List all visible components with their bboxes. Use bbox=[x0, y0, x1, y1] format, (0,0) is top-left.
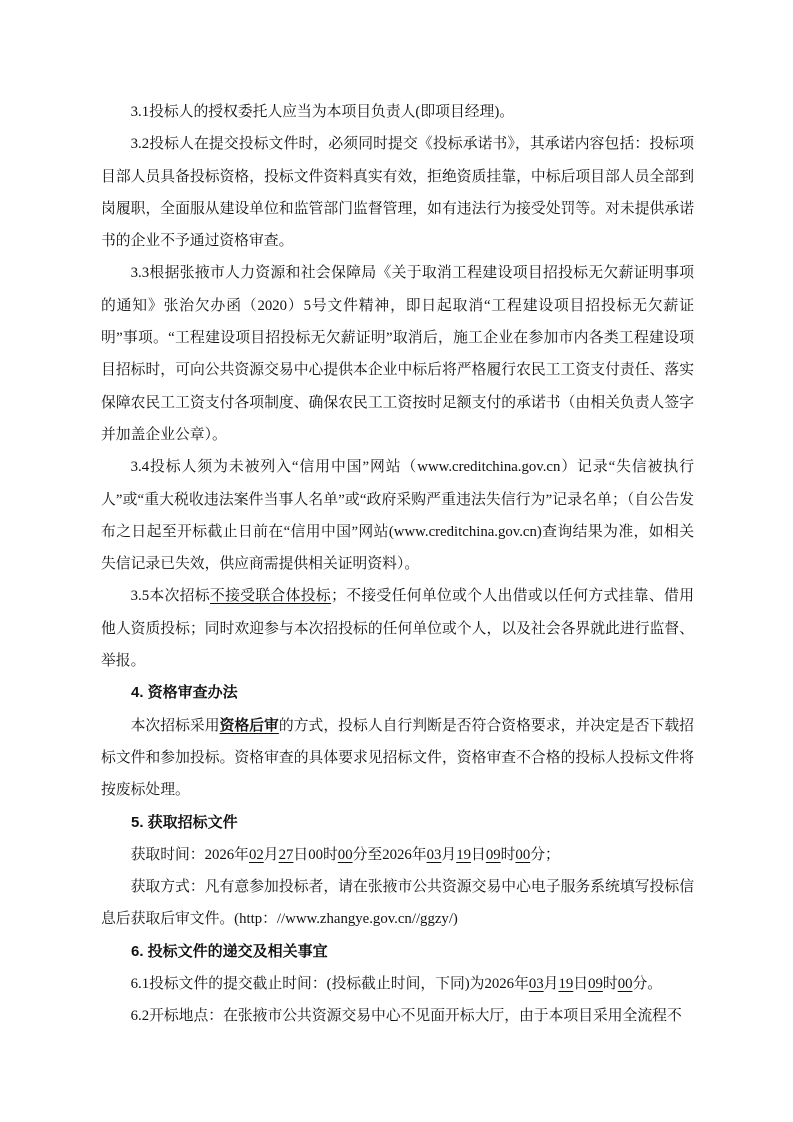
emphasis-run: 资格后审 bbox=[220, 718, 279, 734]
emphasis-run: 09 bbox=[486, 847, 501, 863]
clause-3-2: 3.2投标人在提交投标文件时，必须同时提交《投标承诺书》，其承诺内容包括：投标项… bbox=[101, 128, 694, 257]
document-page: 3.1投标人的授权委托人应当为本项目负责人(即项目经理)。3.2投标人在提交投标… bbox=[0, 0, 793, 1122]
text-run: 日 bbox=[573, 976, 588, 992]
emphasis-run: 19 bbox=[456, 847, 471, 863]
text-run: 日00时 bbox=[293, 847, 337, 863]
emphasis-run: 09 bbox=[588, 976, 603, 992]
text-run: 分至2026年 bbox=[353, 847, 427, 863]
emphasis-run: 00 bbox=[618, 976, 633, 992]
clause-3-5: 3.5本次招标不接受联合体投标；不接受任何单位或个人出借或以任何方式挂靠、借用他… bbox=[101, 580, 694, 677]
text-run: 3.2投标人在提交投标文件时，必须同时提交《投标承诺书》，其承诺内容包括：投标项… bbox=[101, 136, 694, 249]
emphasis-run: 27 bbox=[279, 847, 294, 863]
text-run: 本次招标采用 bbox=[131, 718, 220, 734]
text-run: 3.4投标人须为未被列入“信用中国”网站（www.creditchina.gov… bbox=[101, 459, 694, 572]
text-run: 分。 bbox=[633, 976, 663, 992]
text-run: 月 bbox=[544, 976, 559, 992]
text-run: 6.2开标地点：在张掖市公共资源交易中心不见面开标大厅，由于本项目采用全流程不 bbox=[131, 1008, 682, 1024]
text-run: 时 bbox=[603, 976, 618, 992]
section-4-heading: 4. 资格审查办法 bbox=[101, 677, 694, 709]
emphasis-run: 03 bbox=[427, 847, 442, 863]
emphasis-run: 00 bbox=[338, 847, 353, 863]
text-run: 3.3根据张掖市人力资源和社会保障局《关于取消工程建设项目招投标无欠薪证明事项的… bbox=[101, 265, 694, 442]
clause-3-3: 3.3根据张掖市人力资源和社会保障局《关于取消工程建设项目招投标无欠薪证明事项的… bbox=[101, 257, 694, 451]
emphasis-run: 00 bbox=[515, 847, 530, 863]
section-6-heading: 6. 投标文件的递交及相关事宜 bbox=[101, 936, 694, 968]
emphasis-run: 不接受联合体投标 bbox=[210, 588, 331, 604]
section-5-heading: 5. 获取招标文件 bbox=[101, 807, 694, 839]
text-run: 时 bbox=[501, 847, 516, 863]
text-run: 获取时间：2026年 bbox=[131, 847, 249, 863]
clause-5-obtain-method: 获取方式：凡有意参加投标者，请在张掖市公共资源交易中心电子服务系统填写投标信息后… bbox=[101, 871, 694, 936]
text-run: 月 bbox=[264, 847, 279, 863]
clause-3-1: 3.1投标人的授权委托人应当为本项目负责人(即项目经理)。 bbox=[101, 96, 694, 128]
emphasis-run: 03 bbox=[529, 976, 544, 992]
text-run: 3.1投标人的授权委托人应当为本项目负责人(即项目经理)。 bbox=[131, 104, 514, 120]
text-run: 获取方式：凡有意参加投标者，请在张掖市公共资源交易中心电子服务系统填写投标信息后… bbox=[101, 879, 694, 927]
text-run: 分； bbox=[530, 847, 560, 863]
emphasis-run: 02 bbox=[249, 847, 264, 863]
clause-6-2: 6.2开标地点：在张掖市公共资源交易中心不见面开标大厅，由于本项目采用全流程不 bbox=[101, 1000, 694, 1032]
emphasis-run: 19 bbox=[558, 976, 573, 992]
clause-3-4: 3.4投标人须为未被列入“信用中国”网站（www.creditchina.gov… bbox=[101, 451, 694, 580]
document-body: 3.1投标人的授权委托人应当为本项目负责人(即项目经理)。3.2投标人在提交投标… bbox=[101, 96, 694, 1033]
text-run: 月 bbox=[441, 847, 456, 863]
clause-6-1: 6.1投标文件的提交截止时间：(投标截止时间，下同)为2026年03月19日09… bbox=[101, 968, 694, 1000]
text-run: 6. 投标文件的递交及相关事宜 bbox=[131, 943, 328, 960]
text-run: 4. 资格审查办法 bbox=[131, 684, 238, 701]
clause-4-body: 本次招标采用资格后审的方式，投标人自行判断是否符合资格要求，并决定是否下载招标文… bbox=[101, 710, 694, 807]
text-run: 6.1投标文件的提交截止时间：(投标截止时间，下同)为2026年 bbox=[131, 976, 529, 992]
clause-5-obtain-time: 获取时间：2026年02月27日00时00分至2026年03月19日09时00分… bbox=[101, 839, 694, 871]
text-run: 5. 获取招标文件 bbox=[131, 814, 238, 831]
text-run: 日 bbox=[471, 847, 486, 863]
text-run: 3.5本次招标 bbox=[131, 588, 210, 604]
